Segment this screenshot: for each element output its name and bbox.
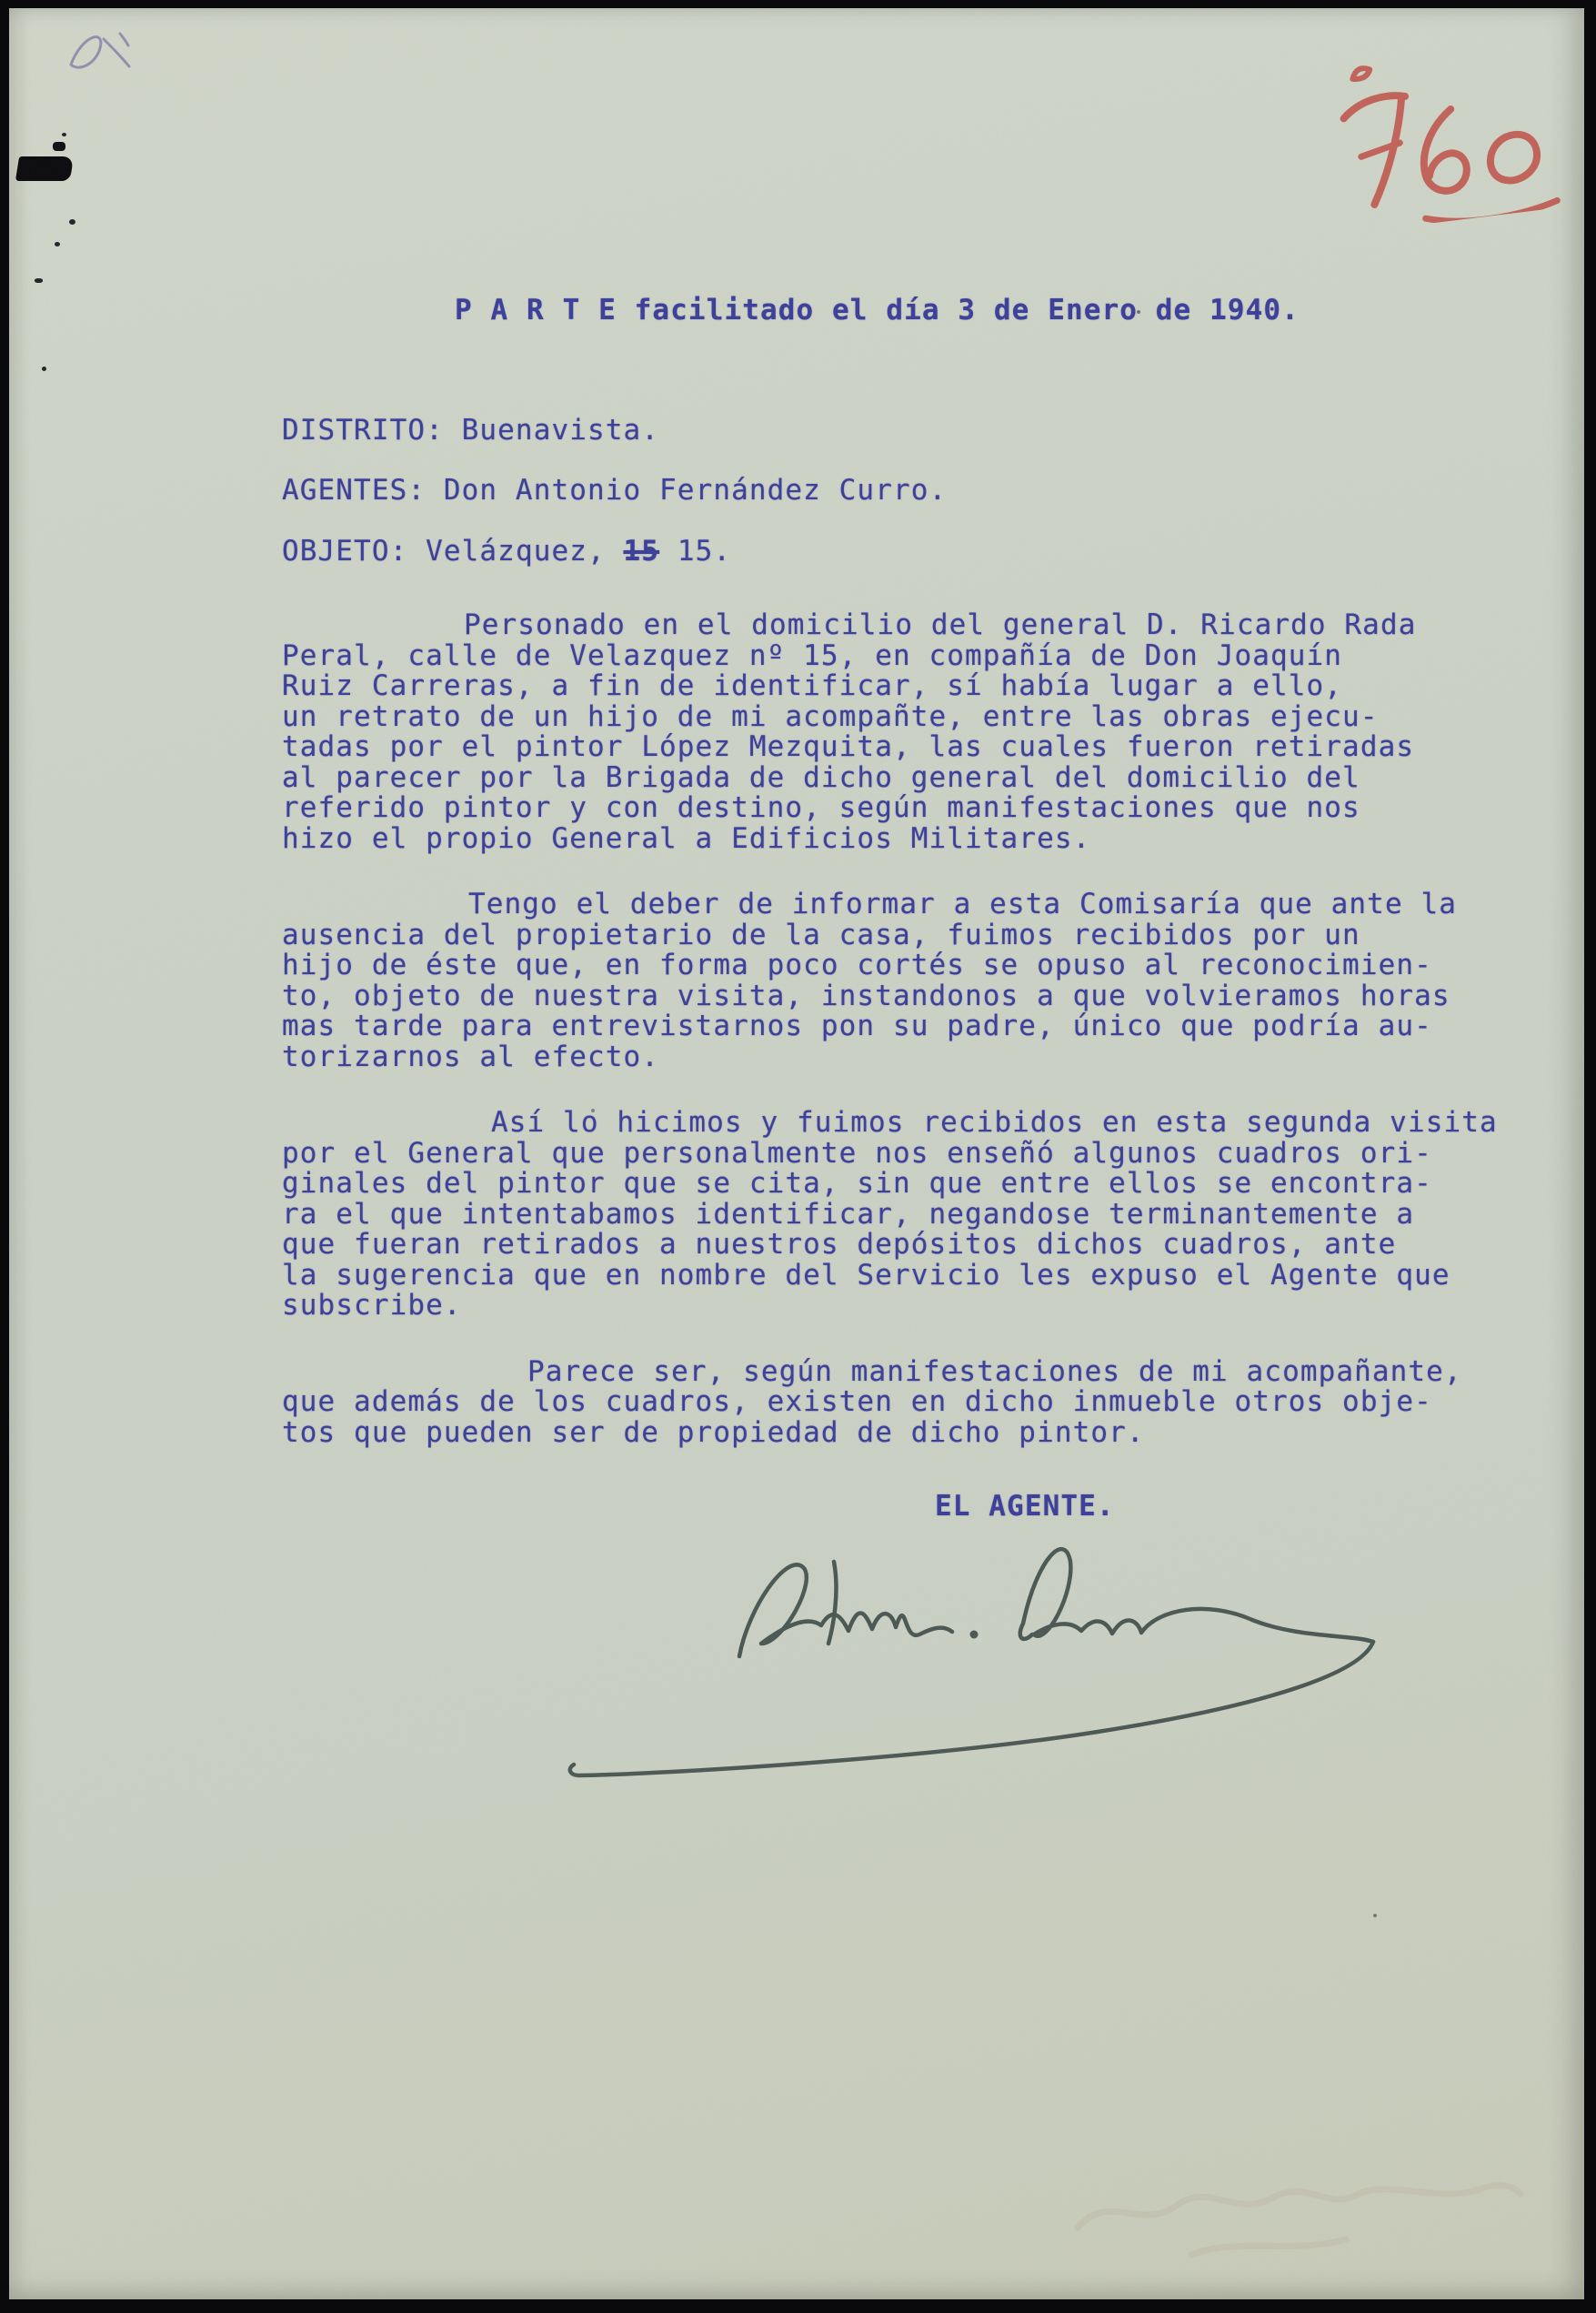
typed-line: Ruiz Carreras, a fin de identificar, sí …	[282, 671, 1491, 702]
signature-flourish	[570, 1642, 1373, 1775]
typed-paragraph: Personado en el domicilio del general D.…	[282, 610, 1491, 854]
signature-dot	[970, 1631, 979, 1639]
field-objeto-label: OBJETO:	[282, 535, 407, 568]
field-objeto: OBJETO: Velázquez, 15 15.	[282, 537, 1491, 568]
typed-line: al parecer por la Brigada de dicho gener…	[282, 763, 1491, 794]
typed-document: P A R T E facilitado el día 3 de Enero d…	[282, 296, 1491, 1523]
signature-first-word	[739, 1564, 952, 1656]
typed-line: que fueran retirados a nuestros depósito…	[282, 1230, 1491, 1261]
field-distrito-value: Buenavista.	[444, 414, 659, 447]
folio-underline	[1425, 200, 1558, 226]
folio-zero	[1488, 132, 1541, 183]
typed-line: por el General que personalmente nos ens…	[282, 1139, 1491, 1170]
dust-speck	[42, 367, 46, 371]
typed-line: Parece ser, según manifestaciones de mi …	[282, 1357, 1491, 1388]
dust-speck	[35, 278, 43, 283]
dust-speck	[62, 133, 66, 136]
folio-tick	[1351, 67, 1370, 79]
typed-line: to, objeto de nuestra visita, instandono…	[282, 981, 1491, 1012]
field-agentes: AGENTES: Don Antonio Fernández Curro.	[282, 476, 1491, 507]
binding-tear-mark	[15, 156, 74, 181]
field-agentes-label: AGENTES:	[282, 474, 426, 507]
document-scan: P A R T E facilitado el día 3 de Enero d…	[0, 0, 1596, 2313]
typed-line: que además de los cuadros, existen en di…	[282, 1387, 1491, 1418]
dust-speck	[55, 242, 60, 246]
field-distrito: DISTRITO: Buenavista.	[282, 416, 1491, 447]
signature-t-stroke	[828, 1562, 836, 1644]
folio-six	[1418, 108, 1470, 194]
document-title: P A R T E facilitado el día 3 de Enero d…	[455, 296, 1491, 327]
page-number-handwritten	[1300, 25, 1574, 237]
binding-tear-mark-small	[53, 142, 65, 151]
field-distrito-label: DISTRITO:	[282, 414, 444, 447]
typed-line: ausencia del propietario de la casa, fui…	[282, 920, 1491, 951]
field-objeto-struck-text: 15	[624, 535, 660, 568]
field-agentes-value: Don Antonio Fernández Curro.	[426, 474, 947, 507]
bleedthrough-handwriting	[1055, 2141, 1537, 2291]
typed-line: subscribe.	[282, 1291, 1491, 1322]
typed-line: Tengo el deber de informar a esta Comisa…	[282, 890, 1491, 920]
typed-line: tos que pueden ser de propiedad de dicho…	[282, 1418, 1491, 1449]
typed-paragraph: Tengo el deber de informar a esta Comisa…	[282, 890, 1491, 1072]
pen-scribble-mark	[45, 23, 173, 91]
paper-sheet: P A R T E facilitado el día 3 de Enero d…	[9, 8, 1584, 2299]
dust-speck	[69, 219, 75, 225]
typed-line: ginales del pintor que se cita, sin que …	[282, 1169, 1491, 1200]
closing-el-agente: EL AGENTE.	[935, 1492, 1491, 1523]
field-objeto-value-rest: 15.	[659, 535, 731, 568]
typed-line: mas tarde para entrevistarnos pon su pad…	[282, 1011, 1491, 1042]
field-objeto-value: Velázquez,	[407, 535, 623, 568]
typed-line: Personado en el domicilio del general D.…	[282, 610, 1491, 641]
typed-line: la sugerencia que en nombre del Servicio…	[282, 1261, 1491, 1292]
paragraphs: Personado en el domicilio del general D.…	[282, 610, 1491, 1448]
typed-line: hijo de éste que, en forma poco cortés s…	[282, 950, 1491, 981]
typed-paragraph: Parece ser, según manifestaciones de mi …	[282, 1357, 1491, 1449]
typed-line: ra el que intentabamos identificar, nega…	[282, 1200, 1491, 1231]
typed-line: tadas por el pintor López Mezquita, las …	[282, 732, 1491, 763]
signature	[514, 1536, 1423, 1823]
typed-paragraph: Así lo hicimos y fuimos recibidos en est…	[282, 1108, 1491, 1322]
dust-speck	[1373, 1914, 1377, 1917]
typed-line: hizo el propio General a Edificios Milit…	[282, 824, 1491, 855]
signature-second-word	[1020, 1549, 1373, 1642]
typed-line: Peral, calle de Velazquez nº 15, en comp…	[282, 641, 1491, 672]
typed-line: Así lo hicimos y fuimos recibidos en est…	[282, 1108, 1491, 1139]
typed-line: referido pintor y con destino, según man…	[282, 793, 1491, 824]
typed-line: torizarnos al efecto.	[282, 1042, 1491, 1073]
typed-line: un retrato de un hijo de mi acompañte, e…	[282, 702, 1491, 733]
